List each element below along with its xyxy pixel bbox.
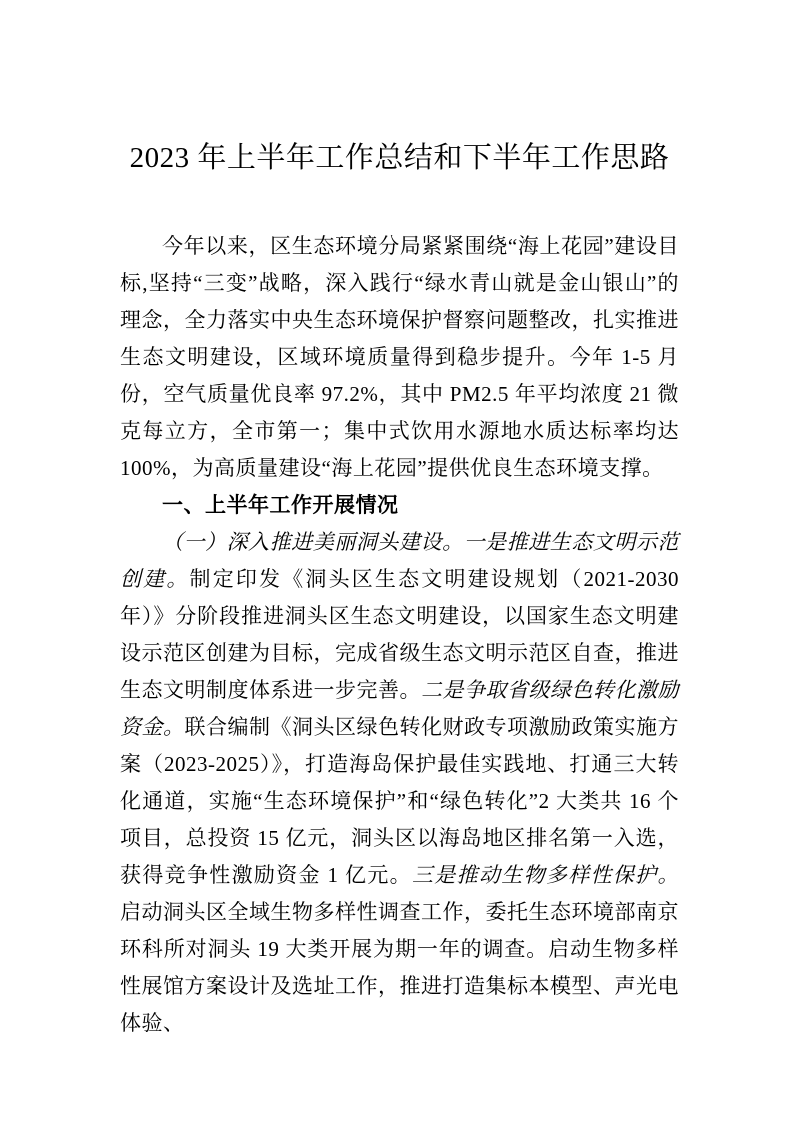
document-title: 2023 年上半年工作总结和下半年工作思路 [120,136,679,180]
section-paragraph: （一）深入推进美丽洞头建设。一是推进生态文明示范创建。制定印发《洞头区生态文明建… [120,524,679,1042]
body-run-2: 联合编制《洞头区绿色转化财政专项激励政策实施方案（2023-2025）》，打造海… [120,715,679,887]
document-page: 2023 年上半年工作总结和下半年工作思路 今年以来，区生态环境分局紧紧围绕“海… [0,0,793,1122]
emphasis-run-item-three-lead: 三是推动生物多样性保护。 [412,863,679,887]
body-run-3: 启动洞头区全域生物多样性调查工作，委托生态环境部南京环科所对洞头 19 大类开展… [120,900,679,1035]
intro-paragraph: 今年以来，区生态环境分局紧紧围绕“海上花园”建设目标,坚持“三变”战略，深入践行… [120,228,679,487]
section-heading: 一、上半年工作开展情况 [120,487,679,524]
